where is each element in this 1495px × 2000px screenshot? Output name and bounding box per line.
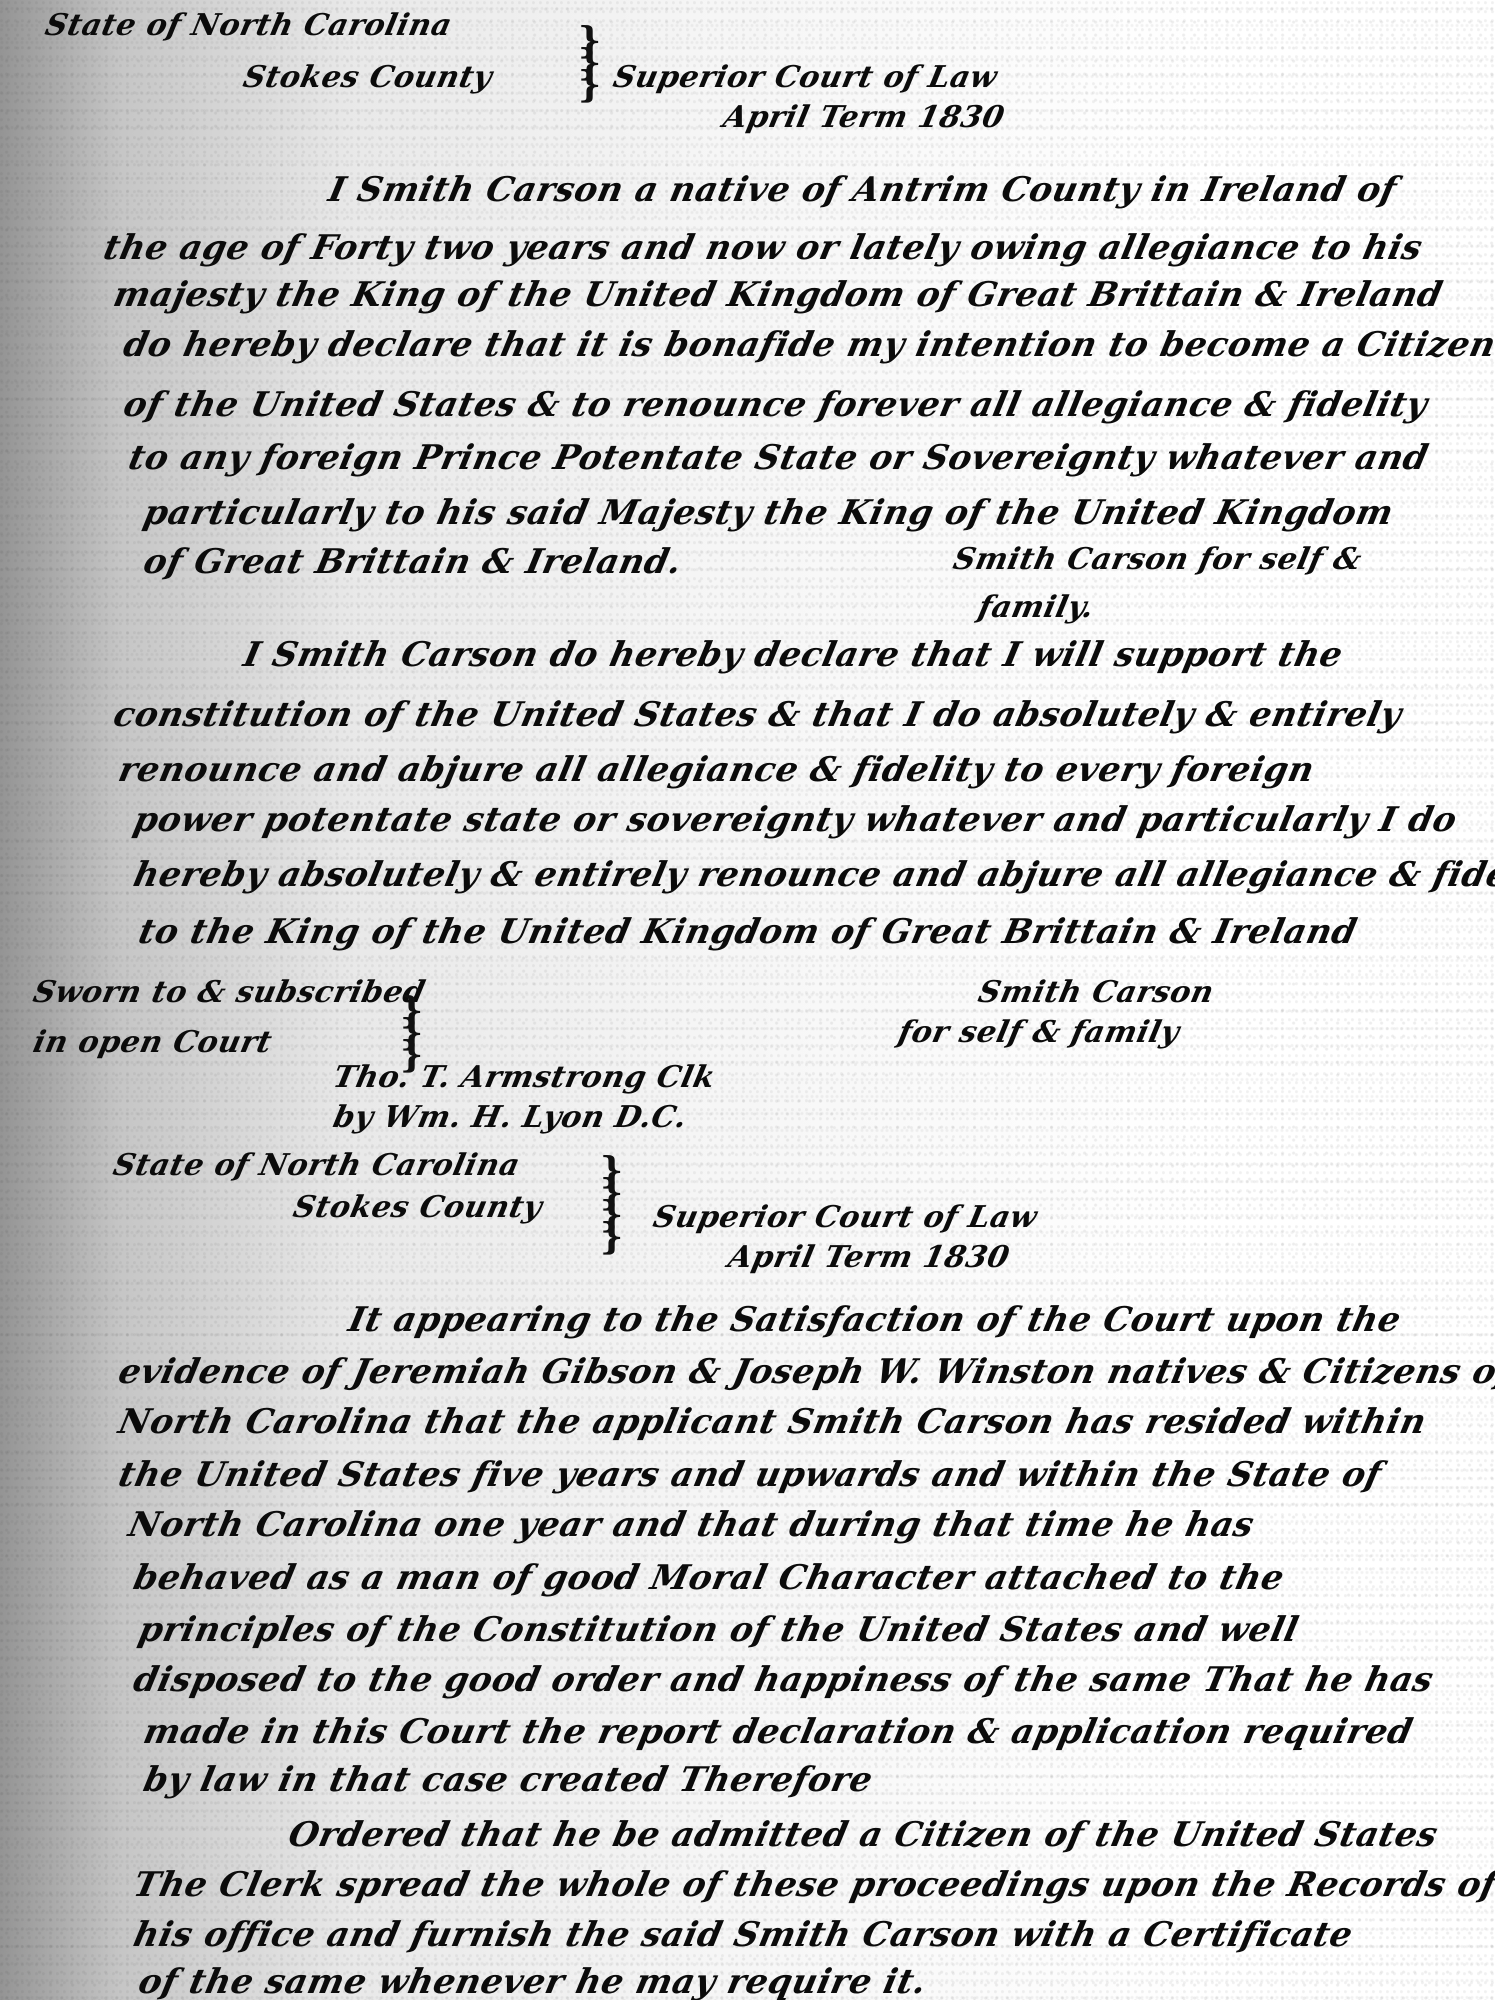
text-line: of Great Brittain & Ireland. — [140, 542, 686, 582]
text-line: principles of the Constitution of the Un… — [135, 1610, 1302, 1650]
deputy-clerk-signature: by Wm. H. Lyon D.C. — [330, 1100, 690, 1135]
text-line: his office and furnish the said Smith Ca… — [130, 1915, 1356, 1955]
text-line: I Smith Carson do hereby declare that I … — [240, 635, 1347, 675]
text-line: to the King of the United Kingdom of Gre… — [135, 912, 1361, 952]
signature-line: Smith Carson — [975, 975, 1217, 1010]
text-line: do hereby declare that it is bonafide my… — [120, 325, 1495, 365]
text-line: majesty the King of the United Kingdom o… — [110, 275, 1446, 315]
signature-line: family. — [975, 590, 1097, 625]
caption-court: Superior Court of Law — [650, 1200, 1040, 1235]
caption-brace-icon: }}}} — [600, 1160, 620, 1248]
text-line: the age of Forty two years and now or la… — [100, 228, 1426, 268]
text-line: made in this Court the report declaratio… — [140, 1712, 1416, 1752]
jurat-brace-icon: }}} — [400, 1000, 420, 1066]
text-line: constitution of the United States & that… — [110, 695, 1405, 735]
text-line: disposed to the good order and happiness… — [130, 1660, 1437, 1700]
text-line: to any foreign Prince Potentate State or… — [125, 438, 1432, 478]
text-line: power potentate state or sovereignty wha… — [130, 800, 1461, 840]
text-line: evidence of Jeremiah Gibson & Joseph W. … — [115, 1352, 1495, 1392]
caption-state: State of North Carolina — [110, 1148, 523, 1183]
text-line: The Clerk spread the whole of these proc… — [130, 1865, 1495, 1905]
clerk-signature: Tho. T. Armstrong Clk — [330, 1060, 718, 1095]
text-line: Ordered that he be admitted a Citizen of… — [285, 1815, 1441, 1855]
jurat-line: in open Court — [30, 1025, 275, 1060]
jurat-line: Sworn to & subscribed — [30, 975, 428, 1010]
text-line: by law in that case created Therefore — [140, 1760, 877, 1800]
text-line: It appearing to the Satisfaction of the … — [345, 1300, 1405, 1340]
text-line: of the United States & to renounce forev… — [120, 385, 1431, 425]
text-line: I Smith Carson a native of Antrim County… — [325, 170, 1400, 210]
signature-line: Smith Carson for self & — [950, 542, 1365, 577]
text-line: hereby absolutely & entirely renounce an… — [130, 855, 1495, 895]
caption-term: April Term 1830 — [725, 1240, 1013, 1275]
text-line: particularly to his said Majesty the Kin… — [140, 493, 1397, 533]
text-line: of the same whenever he may require it. — [135, 1962, 930, 2000]
scanned-page: State of North Carolina }}} Stokes Count… — [0, 0, 1495, 2000]
text-line: the United States five years and upwards… — [115, 1455, 1385, 1495]
text-line: North Carolina one year and that during … — [125, 1505, 1258, 1545]
signature-line: for self & family — [895, 1015, 1183, 1050]
caption-term: April Term 1830 — [720, 100, 1008, 135]
caption-state: State of North Carolina — [42, 8, 455, 43]
caption-county: Stokes County — [240, 60, 495, 95]
caption-court: Superior Court of Law — [610, 60, 1000, 95]
text-line: behaved as a man of good Moral Character… — [130, 1558, 1288, 1598]
caption-brace-icon: }}} — [578, 30, 598, 96]
caption-county: Stokes County — [290, 1190, 545, 1225]
text-line: North Carolina that the applicant Smith … — [115, 1402, 1430, 1442]
text-line: renounce and abjure all allegiance & fid… — [115, 750, 1318, 790]
